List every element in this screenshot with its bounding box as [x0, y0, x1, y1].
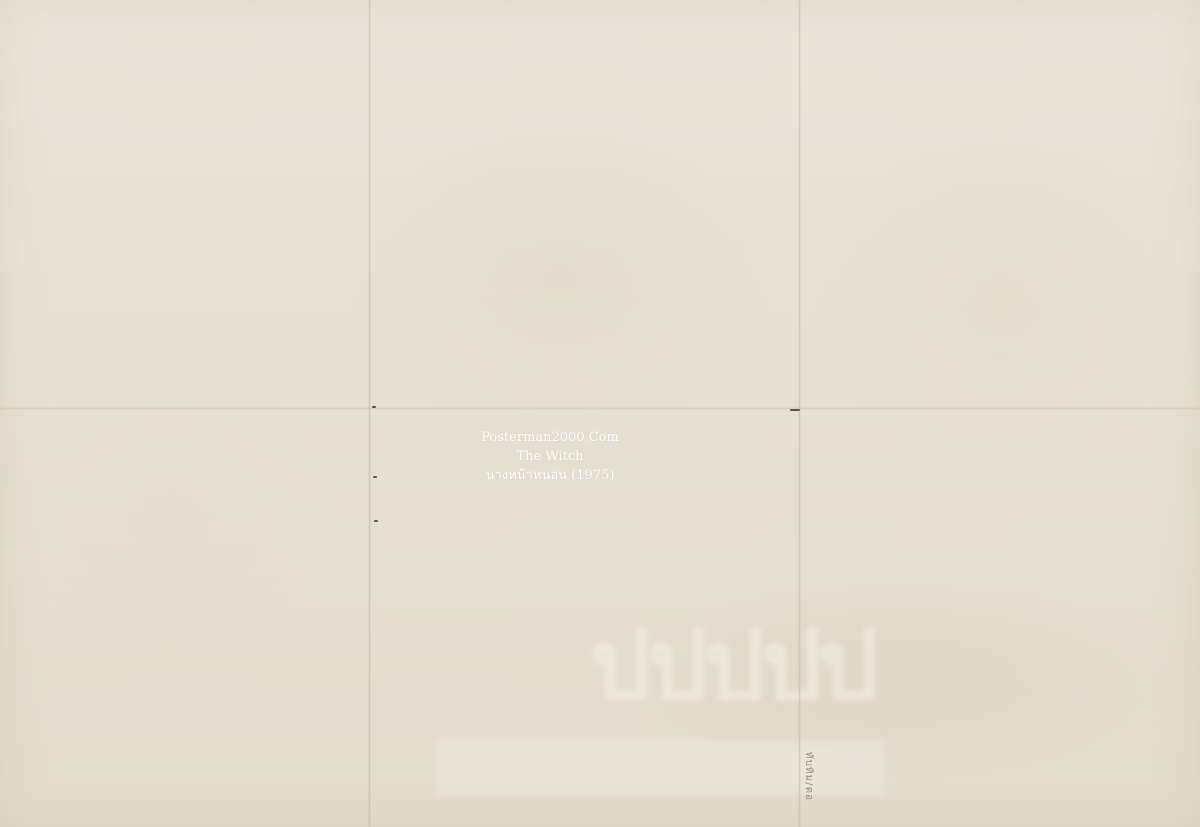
watermark-site: Posterman2000.Com [450, 428, 650, 447]
watermark-english-title: The Witch [450, 447, 650, 466]
watermark-caption: Posterman2000.Com The Witch นางหน้าหนอน … [450, 428, 650, 485]
paper-edge-vignette [0, 0, 1200, 827]
watermark-thai-title: นางหน้าหนอน (1975) [450, 466, 650, 485]
